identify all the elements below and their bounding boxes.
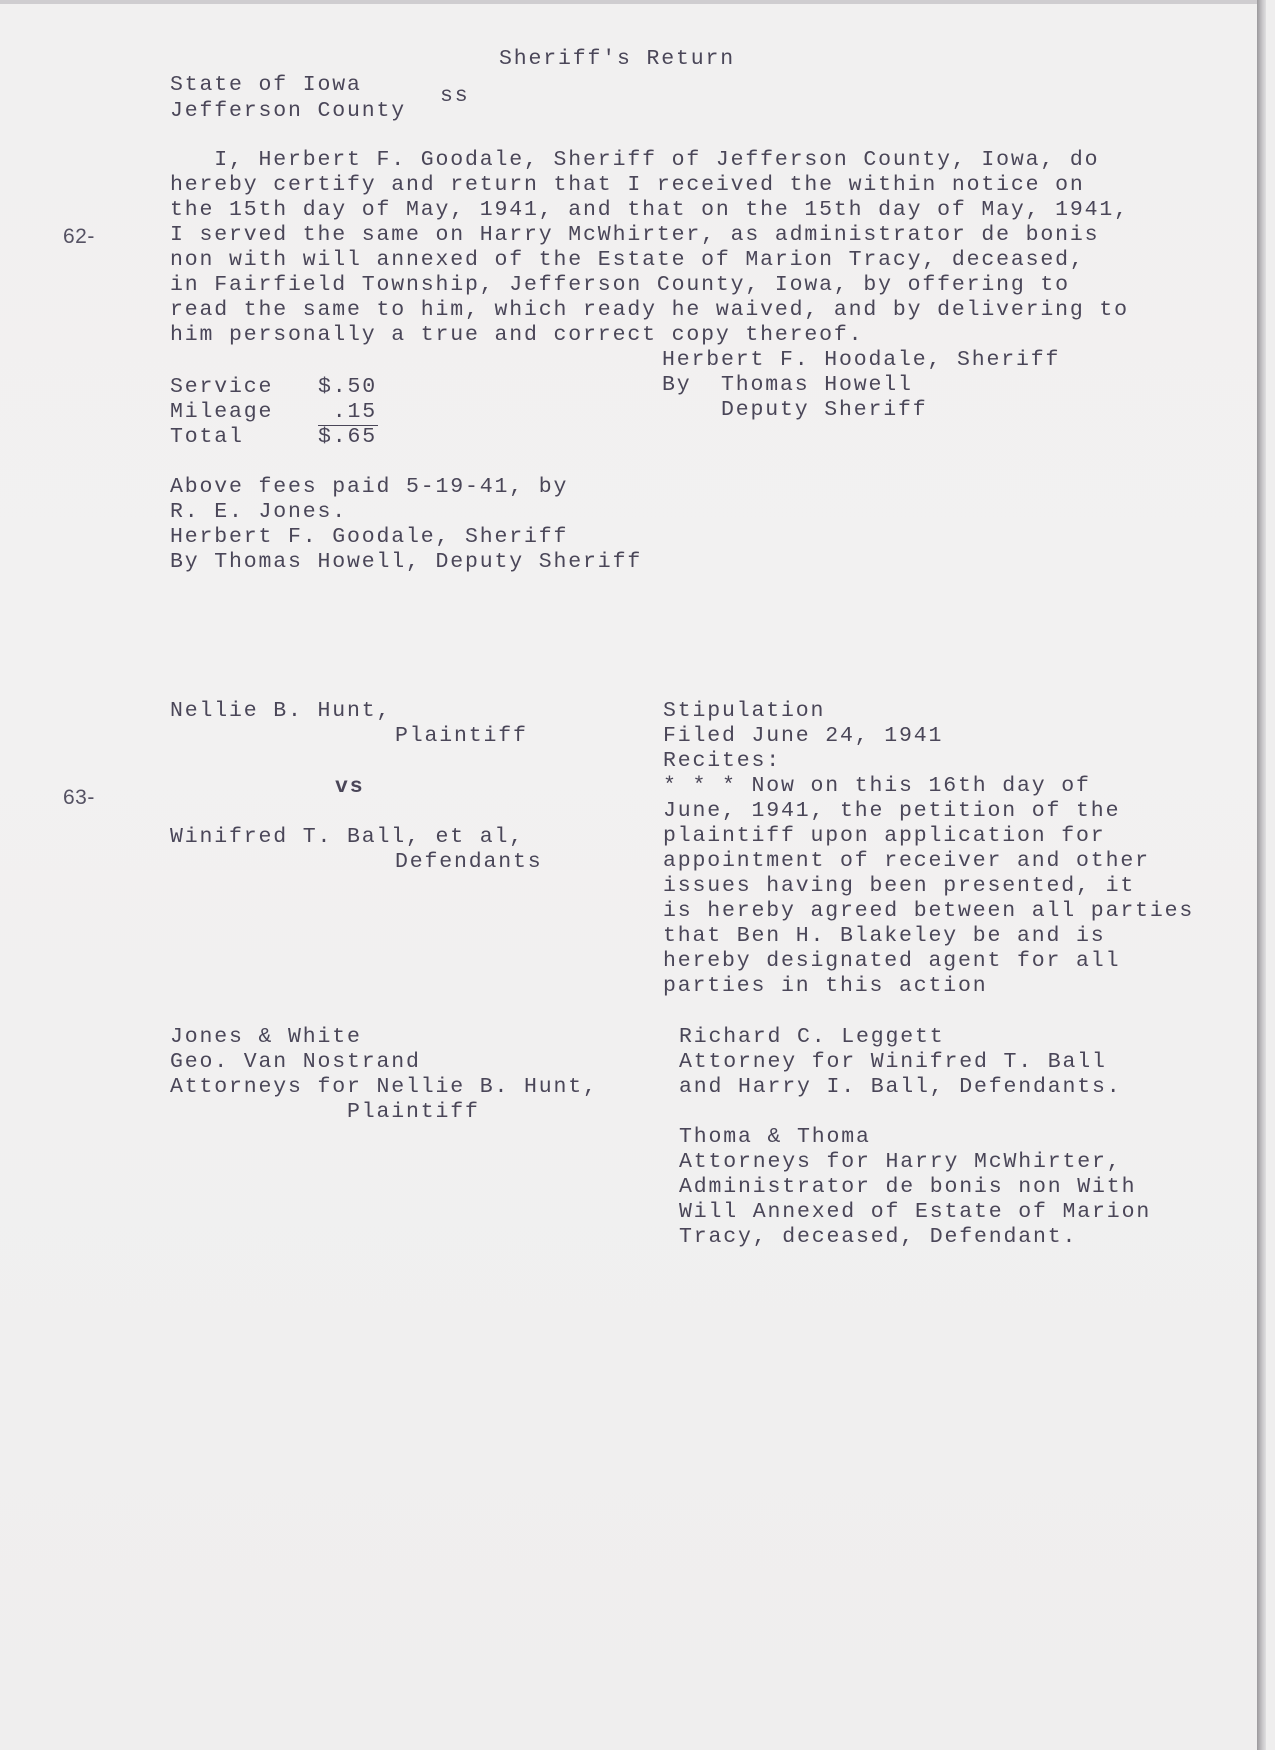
body-line: I, Herbert F. Goodale, Sheriff of Jeffer… [170, 148, 1099, 173]
attorney-line: Thoma & Thoma [679, 1125, 871, 1150]
attorney-line: Tracy, deceased, Defendant. [679, 1225, 1077, 1250]
attorney-line: Jones & White [170, 1025, 362, 1050]
filing-line: appointment of receiver and other [663, 849, 1150, 874]
payment-line: Above fees paid 5-19-41, by [170, 475, 568, 500]
fee-amount: .15 [318, 400, 378, 426]
page-right-edge [1257, 0, 1266, 1750]
filing-line: June, 1941, the petition of the [663, 799, 1120, 824]
attorney-line: and Harry I. Ball, Defendants. [679, 1075, 1122, 1100]
body-line: hereby certify and return that I receive… [170, 173, 1085, 198]
document-title: Sheriff's Return [499, 47, 735, 72]
attorney-line: Attorneys for Nellie B. Hunt, [170, 1075, 598, 1100]
page-top-edge [0, 0, 1266, 4]
venue-state: State of Iowa [170, 73, 362, 98]
filing-line: that Ben H. Blakeley be and is [663, 924, 1106, 949]
attorney-line: Attorney for Winifred T. Ball [679, 1050, 1107, 1075]
body-line: non with will annexed of the Estate of M… [170, 248, 1085, 273]
filing-line: Filed June 24, 1941 [663, 724, 943, 749]
fee-label: Service [170, 375, 273, 400]
document-page: Sheriff's Return State of Iowa ss Jeffer… [0, 0, 1266, 1750]
fee-amount: $.50 [318, 375, 377, 400]
body-line: the 15th day of May, 1941, and that on t… [170, 198, 1129, 223]
filing-line: parties in this action [663, 974, 988, 999]
versus: vs [335, 775, 365, 800]
signature-line: Deputy Sheriff [662, 398, 928, 423]
filing-line: Stipulation [663, 699, 825, 724]
filing-line: plaintiff upon application for [663, 824, 1106, 849]
filing-line: Recites: [663, 749, 781, 774]
entry-number-63: 63- [63, 786, 95, 810]
attorney-line: Plaintiff [170, 1100, 480, 1125]
payment-line: Herbert F. Goodale, Sheriff [170, 525, 568, 550]
body-line: him personally a true and correct copy t… [170, 323, 863, 348]
plaintiff-role: Plaintiff [395, 724, 528, 749]
attorney-line: Will Annexed of Estate of Marion [679, 1200, 1151, 1225]
venue-ss: ss [440, 84, 470, 109]
signature-line: Herbert F. Hoodale, Sheriff [662, 348, 1060, 373]
payment-line: By Thomas Howell, Deputy Sheriff [170, 550, 642, 575]
filing-line: hereby designated agent for all [663, 949, 1120, 974]
fee-label: Total [170, 425, 244, 450]
venue-county: Jefferson County [170, 99, 406, 124]
filing-line: * * * Now on this 16th day of [663, 774, 1091, 799]
attorney-line: Geo. Van Nostrand [170, 1050, 421, 1075]
fee-label: Mileage [170, 400, 273, 425]
payment-line: R. E. Jones. [170, 500, 347, 525]
defendant-name: Winifred T. Ball, et al, [170, 825, 524, 850]
body-line: read the same to him, which ready he wai… [170, 298, 1129, 323]
defendant-role: Defendants [395, 850, 543, 875]
attorney-line: Attorneys for Harry McWhirter, [679, 1150, 1122, 1175]
filing-line: is hereby agreed between all parties [663, 899, 1194, 924]
body-line: in Fairfield Township, Jefferson County,… [170, 273, 1070, 298]
attorney-line: Richard C. Leggett [679, 1025, 945, 1050]
entry-number-62: 62- [63, 225, 95, 249]
fee-total: $.65 [318, 425, 377, 450]
plaintiff-name: Nellie B. Hunt, [170, 699, 391, 724]
body-line: I served the same on Harry McWhirter, as… [170, 223, 1099, 248]
signature-line: By Thomas Howell [662, 373, 913, 398]
filing-line: issues having been presented, it [663, 874, 1135, 899]
attorney-line: Administrator de bonis non With [679, 1175, 1136, 1200]
